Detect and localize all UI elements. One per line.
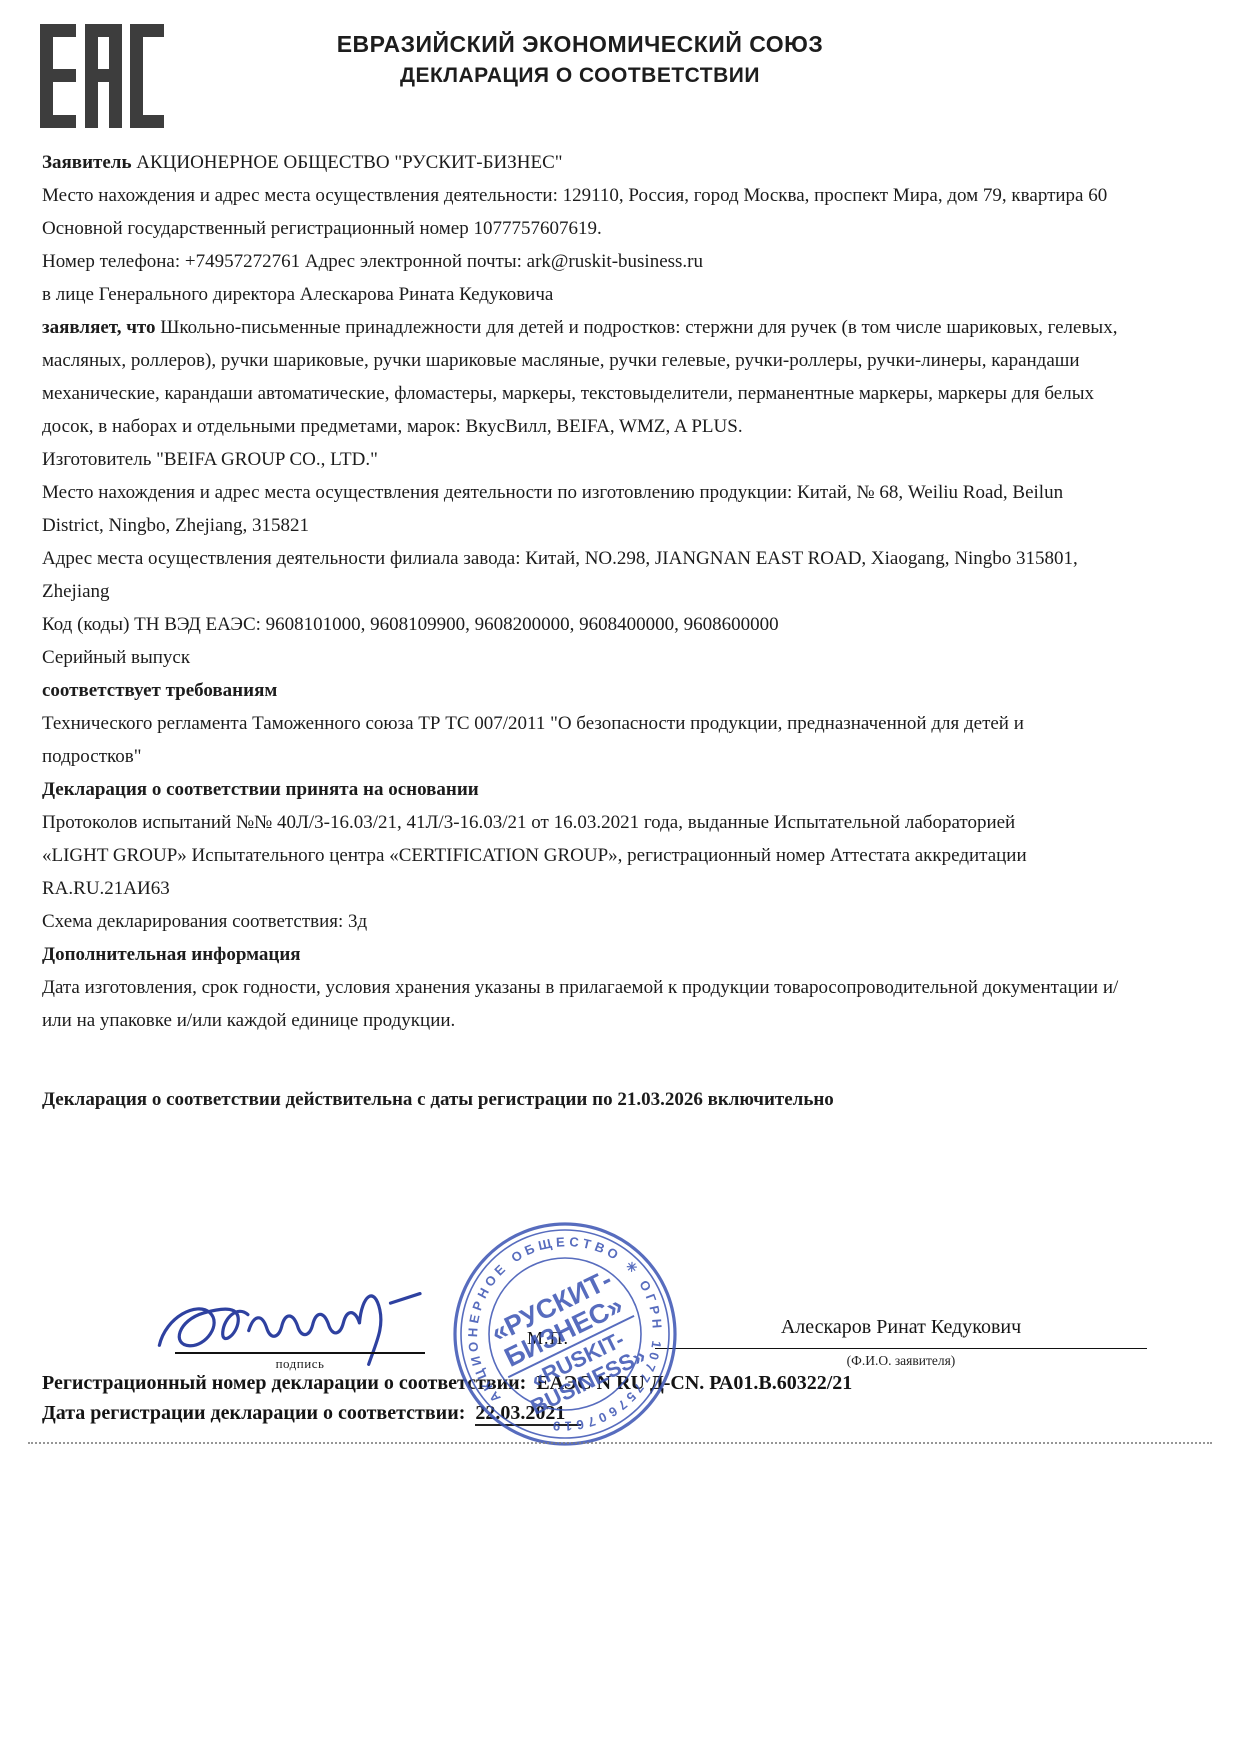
paragraph-lead: заявляет, что xyxy=(42,317,156,338)
paragraph-text: Место нахождения и адрес места осуществл… xyxy=(42,482,1063,536)
paragraph-text: Серийный выпуск xyxy=(42,647,190,668)
paragraph: Технического регламента Таможенного союз… xyxy=(42,707,1126,773)
paragraph-text: Номер телефона: +74957272761 Адрес элект… xyxy=(42,251,703,272)
paragraph-lead: Декларация о соответствии принята на осн… xyxy=(42,779,479,800)
paragraph-text: Схема декларирования соответствия: 3д xyxy=(42,911,367,932)
signature-line xyxy=(175,1352,425,1354)
paragraph-text: «LIGHT GROUP» Испытательного центра «CER… xyxy=(42,845,1027,866)
paragraph-lead: Декларация о соответствии действительна … xyxy=(42,1089,834,1110)
paragraph-text: Технического регламента Таможенного союз… xyxy=(42,713,1024,767)
paragraph-text: Место нахождения и адрес места осуществл… xyxy=(42,185,1107,206)
paragraph: Изготовитель "BEIFA GROUP CO., LTD." xyxy=(42,443,1126,476)
title-declaration: ДЕКЛАРАЦИЯ О СООТВЕТСТВИИ xyxy=(240,60,920,92)
signature-caption: подпись xyxy=(175,1356,425,1372)
document-title: ЕВРАЗИЙСКИЙ ЭКОНОМИЧЕСКИЙ СОЮЗ ДЕКЛАРАЦИ… xyxy=(240,28,920,92)
declarant-name: Алескаров Ринат Кедукович xyxy=(655,1316,1147,1339)
paragraph-text: RA.RU.21АИ63 xyxy=(42,878,170,899)
paragraph: Дата изготовления, срок годности, услови… xyxy=(42,971,1126,1037)
paragraph-lead: Заявитель xyxy=(42,152,132,173)
paragraph: Основной государственный регистрационный… xyxy=(42,212,1126,245)
registration-date-label: Дата регистрации декларации о соответств… xyxy=(42,1402,465,1424)
paragraph: Место нахождения и адрес места осуществл… xyxy=(42,179,1126,212)
body-paragraphs: Заявитель АКЦИОНЕРНОЕ ОБЩЕСТВО "РУСКИТ-Б… xyxy=(42,146,1126,1116)
declaration-document: ЕВРАЗИЙСКИЙ ЭКОНОМИЧЕСКИЙ СОЮЗ ДЕКЛАРАЦИ… xyxy=(0,0,1240,1753)
declarant-name-caption: (Ф.И.О. заявителя) xyxy=(655,1353,1147,1369)
paragraph: Схема декларирования соответствия: 3д xyxy=(42,905,1126,938)
paragraph: Номер телефона: +74957272761 Адрес элект… xyxy=(42,245,1126,278)
paragraph: Адрес места осуществления деятельности ф… xyxy=(42,542,1126,608)
company-stamp: АКЦИОНЕРНОЕ ОБЩЕСТВО ✳ ОГРН 107775760761… xyxy=(443,1212,687,1456)
paragraph: Декларация о соответствии действительна … xyxy=(42,1083,1126,1116)
paragraph-text: АКЦИОНЕРНОЕ ОБЩЕСТВО "РУСКИТ-БИЗНЕС" xyxy=(132,152,563,173)
paragraph: в лице Генерального директора Алескарова… xyxy=(42,278,1126,311)
paragraph: соответствует требованиям xyxy=(42,674,1126,707)
paragraph-text: Дата изготовления, срок годности, услови… xyxy=(42,977,1118,1031)
paragraph-lead: соответствует требованиям xyxy=(42,680,277,701)
bottom-dotted-divider xyxy=(28,1442,1212,1444)
paragraph: «LIGHT GROUP» Испытательного центра «CER… xyxy=(42,839,1126,872)
paragraph: Декларация о соответствии принята на осн… xyxy=(42,773,1126,806)
paragraph: Место нахождения и адрес места осуществл… xyxy=(42,476,1126,542)
paragraph: Дополнительная информация xyxy=(42,938,1126,971)
paragraph-text: Протоколов испытаний №№ 40Л/3-16.03/21, … xyxy=(42,812,1015,833)
paragraph: Заявитель АКЦИОНЕРНОЕ ОБЩЕСТВО "РУСКИТ-Б… xyxy=(42,146,1126,179)
paragraph-text: Основной государственный регистрационный… xyxy=(42,218,602,239)
paragraph: Серийный выпуск xyxy=(42,641,1126,674)
eac-logo xyxy=(40,24,164,128)
paragraph-text: Изготовитель "BEIFA GROUP CO., LTD." xyxy=(42,449,378,470)
paragraph-text: Адрес места осуществления деятельности ф… xyxy=(42,548,1078,602)
paragraph: Протоколов испытаний №№ 40Л/3-16.03/21, … xyxy=(42,806,1126,839)
paragraph-text: Код (коды) ТН ВЭД ЕАЭС: 9608101000, 9608… xyxy=(42,614,779,635)
paragraph-text: Школьно-письменные принадлежности для де… xyxy=(42,317,1117,437)
paragraph-lead: Дополнительная информация xyxy=(42,944,301,965)
paragraph: заявляет, что Школьно-письменные принадл… xyxy=(42,311,1126,443)
paragraph: RA.RU.21АИ63 xyxy=(42,872,1126,905)
title-union: ЕВРАЗИЙСКИЙ ЭКОНОМИЧЕСКИЙ СОЮЗ xyxy=(240,28,920,60)
paragraph-text: в лице Генерального директора Алескарова… xyxy=(42,284,553,305)
declarant-name-line xyxy=(655,1348,1147,1349)
paragraph: Код (коды) ТН ВЭД ЕАЭС: 9608101000, 9608… xyxy=(42,608,1126,641)
